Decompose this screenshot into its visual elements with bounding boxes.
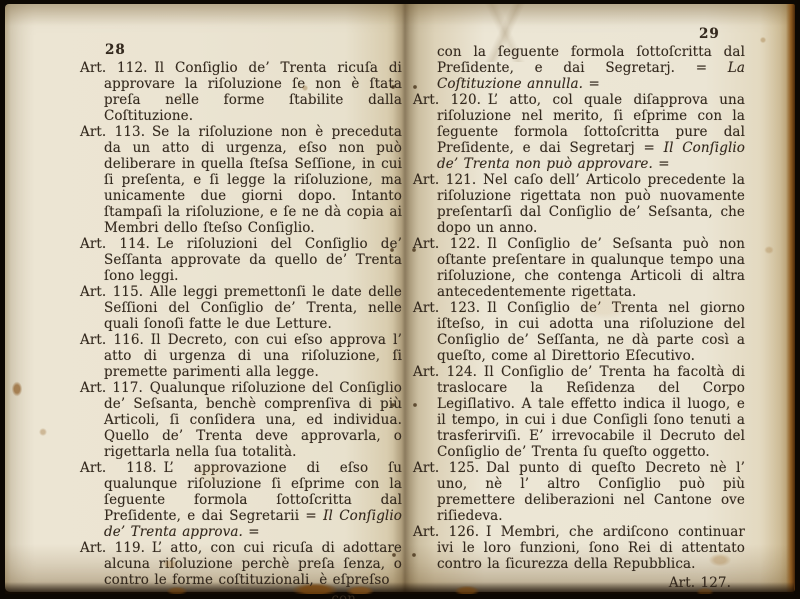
left-page-text-column: Art. 112. Il Conſiglio de’ Trenta ricuſa… — [80, 60, 402, 599]
article-text: con la ſeguente formola ſottoſcritta dal… — [437, 44, 745, 76]
article-label: Art. 125. — [413, 460, 486, 476]
article: Art. 115. Alle leggi premettonſi le date… — [80, 284, 402, 332]
article-text: Se la riſoluzione non è preceduta da un … — [104, 124, 402, 236]
article: Art. 118. L’ approvazione di eſso ſu qua… — [80, 460, 402, 540]
article-label: Art. 124. — [413, 364, 484, 380]
article-label: Art. 123. — [413, 300, 487, 316]
article-label: Art. 126. — [413, 524, 486, 540]
article-label: Art. 116. — [80, 332, 151, 348]
page-number-right: 29 — [699, 26, 720, 42]
article: Art. 112. Il Conſiglio de’ Trenta ricuſa… — [80, 60, 402, 124]
article: Art. 125. Dal punto di queſto Decreto nè… — [413, 460, 745, 524]
article: Art. 117. Qualunque riſoluzione del Conſ… — [80, 380, 402, 460]
article: Art. 121. Nel caſo dell’ Articolo preced… — [413, 172, 745, 236]
article-text: Il Conſiglio de’ Trenta ha facoltà di tr… — [437, 364, 745, 460]
article-label: Art. 113. — [80, 124, 152, 140]
article: Art. 126. I Membri, che ardiſcono contin… — [413, 524, 745, 572]
catchword-right: Art. 127. — [413, 575, 745, 591]
page-number-left: 28 — [105, 42, 126, 58]
right-page-text-column: con la ſeguente formola ſottoſcritta dal… — [413, 44, 745, 591]
page-fore-edge — [786, 4, 795, 592]
article-label: Art. 117. — [80, 380, 150, 396]
right-page-articles: con la ſeguente formola ſottoſcritta dal… — [413, 44, 745, 572]
article-label: Art. 121. — [413, 172, 483, 188]
article: Art. 123. Il Conſiglio de’ Trenta nel gi… — [413, 300, 745, 364]
book-scan: 28 29 Art. 112. Il Conſiglio de’ Trenta … — [0, 0, 800, 599]
article: con la ſeguente formola ſottoſcritta dal… — [413, 44, 745, 92]
article-label: Art. 115. — [80, 284, 150, 300]
article: Art. 119. L’ atto, con cui ricuſa di ado… — [80, 540, 402, 588]
article-text: = — [583, 76, 600, 92]
article: Art. 120. L’ atto, col quale diſapprova … — [413, 92, 745, 172]
article-label: Art. 112. — [80, 60, 154, 76]
left-page-articles: Art. 112. Il Conſiglio de’ Trenta ricuſa… — [80, 60, 402, 588]
article-text: = — [243, 524, 260, 540]
article: Art. 114. Le riſoluzioni del Conſiglio d… — [80, 236, 402, 284]
article: Art. 113. Se la riſoluzione non è preced… — [80, 124, 402, 236]
book-spread-paper: 28 29 Art. 112. Il Conſiglio de’ Trenta … — [5, 4, 794, 592]
article: Art. 122. Il Conſiglio de’ Seſsanta può … — [413, 236, 745, 300]
article-label: Art. 122. — [413, 236, 487, 252]
article-label: Art. 119. — [80, 540, 152, 556]
article-text: Nel caſo dell’ Articolo precedente la ri… — [437, 172, 745, 236]
article-label: Art. 114. — [80, 236, 157, 252]
article: Art. 116. Il Decreto, con cui eſso appro… — [80, 332, 402, 380]
catchword-left: con — [80, 591, 402, 599]
article: Art. 124. Il Conſiglio de’ Trenta ha fac… — [413, 364, 745, 460]
article-label: Art. 120. — [413, 92, 488, 108]
article-label: Art. 118. — [80, 460, 164, 476]
article-text: = — [653, 156, 670, 172]
